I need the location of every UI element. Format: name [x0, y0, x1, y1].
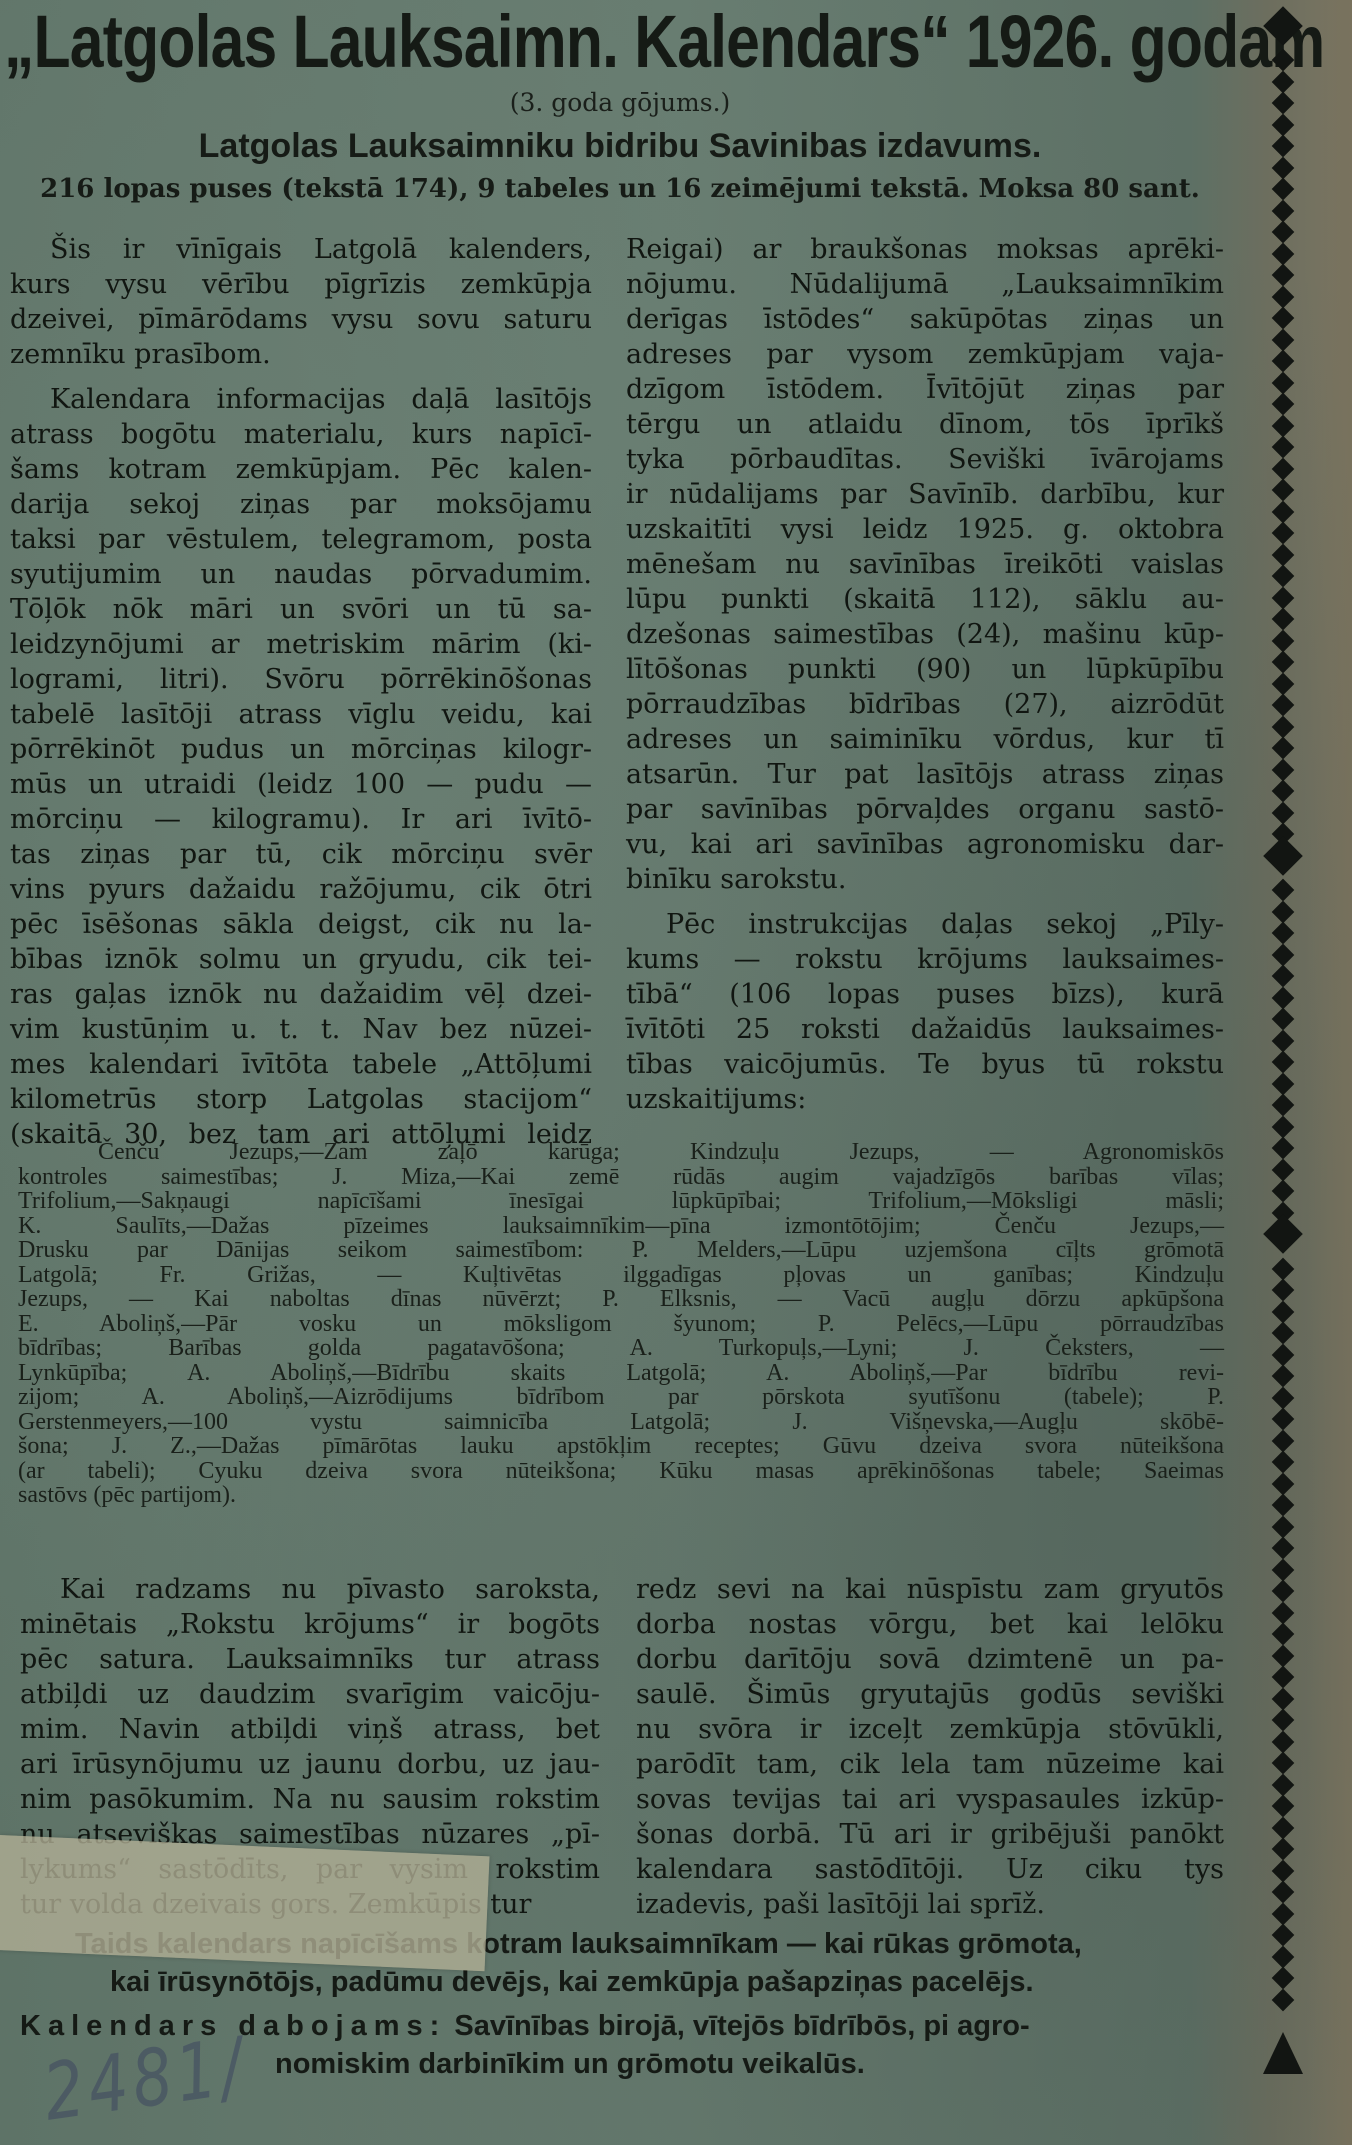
text-line: tībā“ (106 lopas puses bīzs), kurā [626, 977, 1224, 1012]
text-line: leidzynōjumi ar metriskim mārim (ki- [10, 627, 592, 662]
text-line: (ar tabeli); Cyuku dzeiva svora nūteikšo… [18, 1459, 1224, 1484]
diamond-icon [1272, 1924, 1295, 1947]
diamond-icon [1272, 436, 1295, 459]
diamond-icon [1272, 1795, 1295, 1818]
diamond-icon [1272, 565, 1295, 588]
text-line: darija sekoj ziņas par moksōjamu [10, 487, 592, 522]
text-line: zijom; A. Aboliņš,—Aizrōdijums bīdrībom … [18, 1385, 1224, 1410]
diamond-icon [1272, 1644, 1295, 1667]
text-line: pōrraudzības bīdrības (27), aizrōdūt [626, 687, 1224, 722]
diamond-icon [1272, 1429, 1295, 1452]
diamond-icon [1272, 1137, 1295, 1160]
document-title: „Latgolas Lauksaimn. Kalendars“ 1926. go… [4, 2, 1004, 82]
diamond-icon [1272, 1730, 1295, 1753]
text-line: tērgu un atlaidu dīnom, tōs īprīkš [626, 407, 1224, 442]
text-line: kums — rokstu krōjums lauksaimes- [626, 942, 1224, 977]
text-line: pēc īsēšonas sākla deigst, cik nu la- [10, 907, 592, 942]
text-line: Latgolā; Fr. Grižas, — Kuļtivētas ilggad… [18, 1263, 1224, 1288]
text-line: Čenču Jezups,—Zam zaļō karūga; Kindzuļu … [18, 1140, 1224, 1165]
text-line: dzīgom īstōdem. Īvītōjūt ziņas par [626, 372, 1224, 407]
text-line: ras gaļas iznōk nu dažaidim vēļ dzei- [10, 977, 592, 1012]
text-line: tabelē lasītōji atrass vīglu veidu, kai [10, 697, 592, 732]
diamond-icon [1272, 759, 1295, 782]
text-line: mūs un utraidi (leidz 100 — pudu — [10, 767, 592, 802]
diamond-icon [1272, 900, 1295, 923]
text-line: uzskaitijums: [626, 1082, 1224, 1117]
diamond-icon [1272, 415, 1295, 438]
text-line: Kalendara informacijas daļā lasītōjs [10, 382, 592, 417]
diamond-icon [1272, 522, 1295, 545]
diamond-icon [1263, 836, 1303, 876]
diamond-icon [1272, 694, 1295, 717]
text-line: Trifolium,—Sakņaugi napīcīšami īnesīgai … [18, 1189, 1224, 1214]
text-line: Jezups, — Kai naboltas dīnas nūvērzt; P.… [18, 1287, 1224, 1312]
diamond-icon [1272, 922, 1295, 945]
diamond-icon [1272, 200, 1295, 223]
text-line: redz sevi na kai nūspīstu zam gryutōs [636, 1572, 1224, 1607]
text-line: vins pyurs dažaidu ražōjumu, cik ōtri [10, 872, 592, 907]
text-line: nim pasōkumim. Na nu sausim rokstim [20, 1782, 600, 1817]
diamond-icon [1272, 1322, 1295, 1345]
diamond-icon [1272, 329, 1295, 352]
text-line: pōrrēkinōt pudus un mōrciņas kilogr- [10, 732, 592, 767]
diamond-icon [1272, 544, 1295, 567]
diamond-icon [1272, 178, 1295, 201]
diamond-icon [1272, 1386, 1295, 1409]
diamond-icon [1272, 630, 1295, 653]
edition-subtitle: (3. goda gōjums.) [0, 88, 1240, 118]
text-line: sastōvs (pēc partijom). [18, 1483, 1224, 1508]
text-line: dzešonas saimestības (24), mašinu kūp- [626, 617, 1224, 652]
text-line: kontroles saimestības; J. Miza,—Kai zemē… [18, 1165, 1224, 1190]
text-line: atbiļdi uz daudzim svarīgim vaicōju- [20, 1677, 600, 1712]
triangle-icon [1263, 2032, 1303, 2074]
text-line: logrami, litri). Svōru pōrrēkinōšonas [10, 662, 592, 697]
diamond-icon [1263, 1214, 1303, 1254]
text-line: atsarūn. Tur pat lasītōjs atrass ziņas [626, 757, 1224, 792]
text-line: K. Saulīts,—Dažas pīzeimes lauksaimnīkim… [18, 1214, 1224, 1239]
diamond-icon [1272, 307, 1295, 330]
adhesive-tape-overlay [0, 1835, 490, 1971]
paragraph-gap [626, 897, 1224, 907]
diamond-icon [1272, 1687, 1295, 1710]
text-line: Kai radzams nu pīvasto saroksta, [20, 1572, 600, 1607]
paragraph-gap [10, 372, 592, 382]
diamond-icon [1272, 716, 1295, 739]
diamond-icon [1272, 1902, 1295, 1925]
text-line: ir nūdalijams par Savīnīb. darbību, kur [626, 477, 1224, 512]
specs-line: 216 lopas puses (tekstā 174), 9 tabeles … [0, 174, 1240, 204]
diamond-icon [1272, 1537, 1295, 1560]
diamond-icon [1272, 1515, 1295, 1538]
diamond-icon [1272, 1838, 1295, 1861]
text-line: mim. Navin atbiļdi viņš atrass, bet [20, 1712, 600, 1747]
diamond-icon [1272, 1709, 1295, 1732]
diamond-icon [1272, 879, 1295, 902]
diamond-icon [1272, 1773, 1295, 1796]
text-line: lītōšonas punkti (90) un lūpkūpību [626, 652, 1224, 687]
diamond-icon [1272, 1666, 1295, 1689]
text-line: bīdrības; Barības golda pagatavōšona; A.… [18, 1336, 1224, 1361]
text-line: parōdīt tam, cik lela tam nūzeime kai [636, 1747, 1224, 1782]
diamond-icon [1272, 1988, 1295, 2011]
text-line: īvītōti 25 roksti dažaidūs lauksaimes- [626, 1012, 1224, 1047]
publisher-line: Latgolas Lauksaimniku bidribu Savinibas … [0, 126, 1240, 166]
diamond-icon [1272, 587, 1295, 610]
diamond-icon [1272, 1408, 1295, 1431]
text-line: adreses un saiminīku vōrdus, kur tī [626, 722, 1224, 757]
text-line: šams kotram zemkūpjam. Pēc kalen- [10, 452, 592, 487]
diamond-icon [1272, 986, 1295, 1009]
text-line: vu, kai ari savīnības agronomisku dar- [626, 827, 1224, 862]
diamond-icon [1272, 1451, 1295, 1474]
diamond-icon [1272, 1257, 1295, 1280]
diamond-icon [1263, 6, 1303, 46]
diamond-icon [1272, 1816, 1295, 1839]
diamond-icon [1272, 1300, 1295, 1323]
text-line: taksi par vēstulem, telegramom, posta [10, 522, 592, 557]
text-line: Reigai) ar braukšonas moksas aprēki- [626, 232, 1224, 267]
diamond-icon [1272, 114, 1295, 137]
text-line: šona; J. Z.,—Dažas pīmārōtas lauku apstō… [18, 1434, 1224, 1459]
diamond-chain-icon [1258, 0, 1308, 2080]
diamond-icon [1272, 651, 1295, 674]
diamond-icon [1272, 780, 1295, 803]
diamond-icon [1272, 350, 1295, 373]
text-line: tyka pōrbaudītas. Seviški īvārojams [626, 442, 1224, 477]
text-line: Pēc instrukcijas daļas sekoj „Pīly- [626, 907, 1224, 942]
text-line: saulē. Šimūs gryutajūs godūs seviški [636, 1677, 1224, 1712]
diamond-icon [1272, 264, 1295, 287]
text-line: zemnīku prasībom. [10, 337, 592, 372]
diamond-icon [1272, 1094, 1295, 1117]
articles-list: Čenču Jezups,—Zam zaļō karūga; Kindzuļu … [18, 1140, 1224, 1508]
text-line: adreses par vysom zemkūpjam vaja- [626, 337, 1224, 372]
diamond-icon [1272, 1115, 1295, 1138]
left-column-top: Šis ir vīnīgais Latgolā kalenders,kurs v… [10, 232, 592, 1152]
diamond-icon [1272, 1967, 1295, 1990]
text-line: pēc satura. Lauksaimnīks tur atrass [20, 1642, 600, 1677]
text-line: binīku sarokstu. [626, 862, 1224, 897]
text-line: mes kalendari īvītōta tabele „Attōļumi [10, 1047, 592, 1082]
diamond-icon [1272, 1881, 1295, 1904]
diamond-icon [1272, 608, 1295, 631]
diamond-icon [1272, 135, 1295, 158]
text-line: mōrciņu — kilogramu). Ir ari īvītō- [10, 802, 592, 837]
diamond-icon [1272, 221, 1295, 244]
diamond-icon [1272, 673, 1295, 696]
diamond-icon [1272, 1029, 1295, 1052]
text-line: derīgas īstōdes“ sakūpōtas ziņas un [626, 302, 1224, 337]
text-line: kalendara sastōdītōji. Uz ciku tys [636, 1852, 1224, 1887]
diamond-icon [1272, 243, 1295, 266]
diamond-icon [1272, 1051, 1295, 1074]
diamond-icon [1272, 1343, 1295, 1366]
closing-line-2: kai īrūsynōtōjs, padūmu devējs, kai zemk… [20, 1963, 1224, 2001]
page-edge-shadow [1308, 0, 1352, 2145]
text-line: vim kustūņim u. t. t. Nav bez nūzei- [10, 1012, 592, 1047]
diamond-icon [1272, 802, 1295, 825]
diamond-icon [1272, 1580, 1295, 1603]
text-line: atrass bogōtu materialu, kurs napīcī- [10, 417, 592, 452]
text-line: minētais „Rokstu krōjums“ ir bogōts [20, 1607, 600, 1642]
diamond-icon [1272, 1158, 1295, 1181]
text-line: Tōļōk nōk māri un svōri un tū sa- [10, 592, 592, 627]
text-line: Šis ir vīnīgais Latgolā kalenders, [10, 232, 592, 267]
text-line: izadevis, paši lasītōji lai sprīž. [636, 1887, 1224, 1922]
diamond-icon [1272, 1008, 1295, 1031]
diamond-icon [1272, 1279, 1295, 1302]
text-line: nu svōra ir izceļt zemkūpja stōvūkli, [636, 1712, 1224, 1747]
diamond-icon [1272, 1365, 1295, 1388]
text-line: sovas tevijas tai ari vyspasaules izkūp- [636, 1782, 1224, 1817]
text-line: dorbu darītōju sovā dzimtenē un pa- [636, 1642, 1224, 1677]
diamond-icon [1272, 372, 1295, 395]
diamond-icon [1272, 49, 1295, 72]
right-column-top: Reigai) ar braukšonas moksas aprēki-nōju… [626, 232, 1224, 1117]
diamond-icon [1272, 71, 1295, 94]
text-line: tības vaicōjumūs. Te byus tū rokstu [626, 1047, 1224, 1082]
text-line: Lynkūpība; A. Aboliņš,—Bīdrību skaits La… [18, 1361, 1224, 1386]
text-line: Gerstenmeyers,—100 vystu saimnicība Latg… [18, 1410, 1224, 1435]
diamond-icon [1272, 92, 1295, 115]
right-column-bottom: redz sevi na kai nūspīstu zam gryutōsdor… [636, 1572, 1224, 1922]
text-line: Drusku par Dānijas seikom saimestībom: P… [18, 1238, 1224, 1263]
diamond-icon [1272, 965, 1295, 988]
text-line: nōjumu. Nūdalijumā „Lauksaimnīkim [626, 267, 1224, 302]
diamond-icon [1272, 1072, 1295, 1095]
text-line: E. Aboliņš,—Pār vosku un mōksligom šyuno… [18, 1312, 1224, 1337]
text-line: kilometrūs storp Latgolas stacijom“ [10, 1082, 592, 1117]
diamond-icon [1272, 458, 1295, 481]
diamond-icon [1272, 1859, 1295, 1882]
text-line: dzeivei, pīmārōdams vysu sovu saturu [10, 302, 592, 337]
document-page: „Latgolas Lauksaimn. Kalendars“ 1926. go… [0, 0, 1352, 2145]
text-line: tas ziņas par tū, cik mōrciņu svēr [10, 837, 592, 872]
text-line: par savīnības pōrvaļdes organu sastō- [626, 792, 1224, 827]
availability-text: Savīnības birojā, vītejōs bīdrībōs, pi a… [454, 2010, 1029, 2042]
text-line: ari īrūsynōjumu uz jaunu dorbu, uz jau- [20, 1747, 600, 1782]
diamond-icon [1272, 1558, 1295, 1581]
diamond-icon [1272, 1494, 1295, 1517]
text-line: bības iznōk solmu un gryudu, cik tei- [10, 942, 592, 977]
text-line: mēnešam nu savīnības īreikōti vaislas [626, 547, 1224, 582]
diamond-icon [1272, 479, 1295, 502]
text-line: kurs vysu vērību pīgrīzis zemkūpja [10, 267, 592, 302]
diamond-icon [1272, 1472, 1295, 1495]
text-line: dorba nostas vōrgu, bet kai lelōku [636, 1607, 1224, 1642]
text-line: uzskaitīti vysi leidz 1925. g. oktobra [626, 512, 1224, 547]
diamond-icon [1272, 501, 1295, 524]
diamond-icon [1272, 1752, 1295, 1775]
diamond-icon [1272, 1180, 1295, 1203]
diamond-icon [1272, 1601, 1295, 1624]
text-line: lūpu punkti (skaitā 112), sāklu au- [626, 582, 1224, 617]
diamond-icon [1272, 286, 1295, 309]
diamond-icon [1272, 157, 1295, 180]
diamond-icon [1272, 1945, 1295, 1968]
text-line: šonas dorbā. Tū ari ir gribējuši panōkt [636, 1817, 1224, 1852]
diamond-icon [1272, 1623, 1295, 1646]
text-line: syutijumim un naudas pōrvadumim. [10, 557, 592, 592]
diamond-icon [1272, 737, 1295, 760]
diamond-icon [1272, 393, 1295, 416]
diamond-icon [1272, 943, 1295, 966]
